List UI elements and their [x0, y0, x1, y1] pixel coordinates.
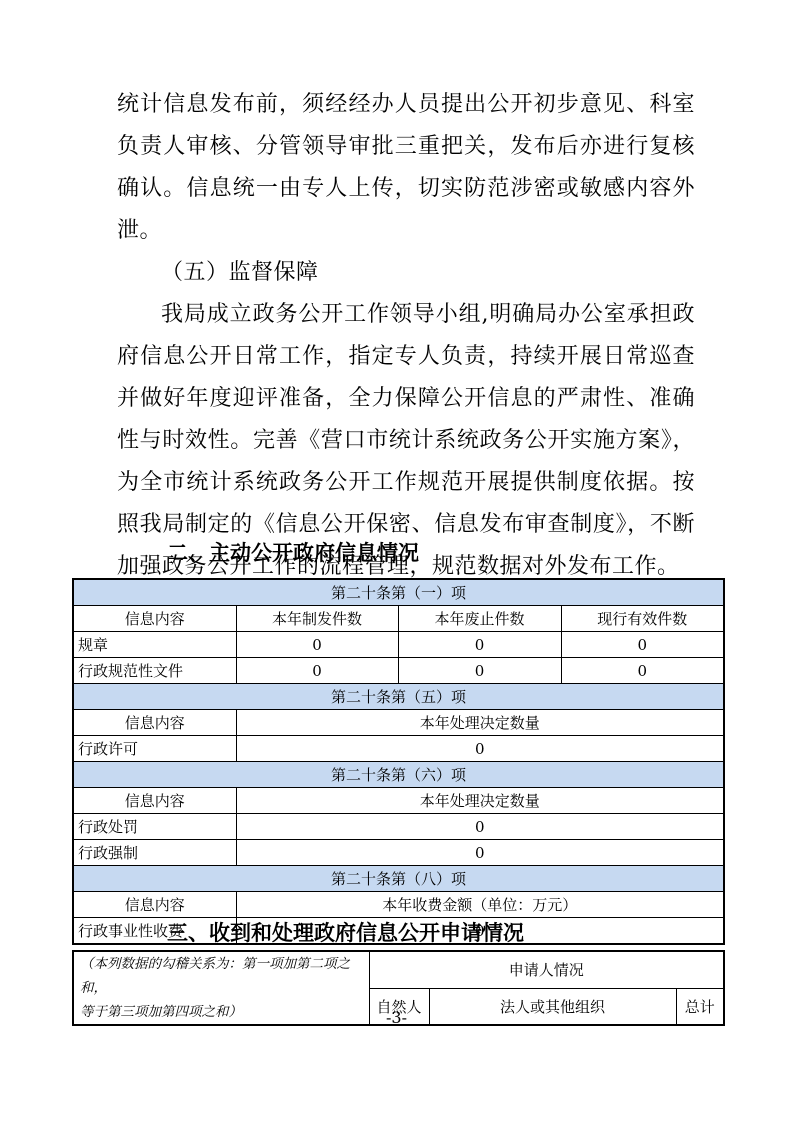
section-2-heading: 二、主动公开政府信息情况	[167, 540, 419, 566]
col-header: 本年处理决定数量	[236, 710, 724, 736]
section-3-heading: 三、收到和处理政府信息公开申请情况	[167, 920, 524, 946]
table-row: 规章 0 0 0	[73, 632, 724, 658]
note-line-1: （本列数据的勾稽关系为：第一项加第二项之和，	[80, 956, 350, 996]
band-article20-item8: 第二十条第（八）项	[73, 866, 724, 892]
table-row: 行政处罚 0	[73, 814, 724, 840]
col-header: 本年废止件数	[398, 606, 561, 632]
cell-value: 0	[236, 736, 724, 762]
table-row: 信息内容 本年处理决定数量	[73, 710, 724, 736]
band-article20-item5: 第二十条第（五）项	[73, 684, 724, 710]
band-article20-item6: 第二十条第（六）项	[73, 762, 724, 788]
cell-value: 0	[561, 632, 724, 658]
col-header: 本年收费金额（单位：万元）	[236, 892, 724, 918]
cell-value: 0	[236, 658, 398, 684]
col-header: 本年处理决定数量	[236, 788, 724, 814]
row-label: 行政许可	[73, 736, 236, 762]
table-row: 第二十条第（八）项	[73, 866, 724, 892]
table-row: 第二十条第（一）项	[73, 579, 724, 606]
cell-value: 0	[398, 658, 561, 684]
cell-value: 0	[236, 632, 398, 658]
col-header: 信息内容	[73, 710, 236, 736]
row-label: 规章	[73, 632, 236, 658]
cell-value: 0	[398, 632, 561, 658]
cell-value: 0	[561, 658, 724, 684]
cell-value: 0	[236, 840, 724, 866]
col-header: 现行有效件数	[561, 606, 724, 632]
active-disclosure-table: 第二十条第（一）项 信息内容 本年制发件数 本年废止件数 现行有效件数 规章 0…	[72, 578, 725, 945]
row-label: 行政强制	[73, 840, 236, 866]
body-text-block: 统计信息发布前，须经经办人员提出公开初步意见、科室负责人审核、分管领导审批三重把…	[117, 84, 695, 588]
table-row: 第二十条第（六）项	[73, 762, 724, 788]
table-row: （本列数据的勾稽关系为：第一项加第二项之和， 等于第三项加第四项之和） 申请人情…	[73, 951, 724, 988]
table-row: 信息内容 本年制发件数 本年废止件数 现行有效件数	[73, 606, 724, 632]
row-label: 行政处罚	[73, 814, 236, 840]
table-row: 第二十条第（五）项	[73, 684, 724, 710]
paragraph-continuation: 统计信息发布前，须经经办人员提出公开初步意见、科室负责人审核、分管领导审批三重把…	[117, 84, 695, 252]
col-header: 信息内容	[73, 606, 236, 632]
col-header: 信息内容	[73, 788, 236, 814]
table-row: 行政许可 0	[73, 736, 724, 762]
page-number: -3-	[0, 1008, 793, 1027]
col-header: 信息内容	[73, 892, 236, 918]
table-row: 行政强制 0	[73, 840, 724, 866]
table-row: 信息内容 本年收费金额（单位：万元）	[73, 892, 724, 918]
row-label: 行政规范性文件	[73, 658, 236, 684]
band-article20-item1: 第二十条第（一）项	[73, 579, 724, 606]
table-row: 信息内容 本年处理决定数量	[73, 788, 724, 814]
col-header: 本年制发件数	[236, 606, 398, 632]
cell-value: 0	[236, 814, 724, 840]
subsection-5-heading: （五）监督保障	[117, 252, 695, 294]
table-row: 行政规范性文件 0 0 0	[73, 658, 724, 684]
applicant-header: 申请人情况	[369, 951, 724, 988]
document-page: { "document": { "page_number": "-3-", "b…	[0, 0, 793, 1122]
